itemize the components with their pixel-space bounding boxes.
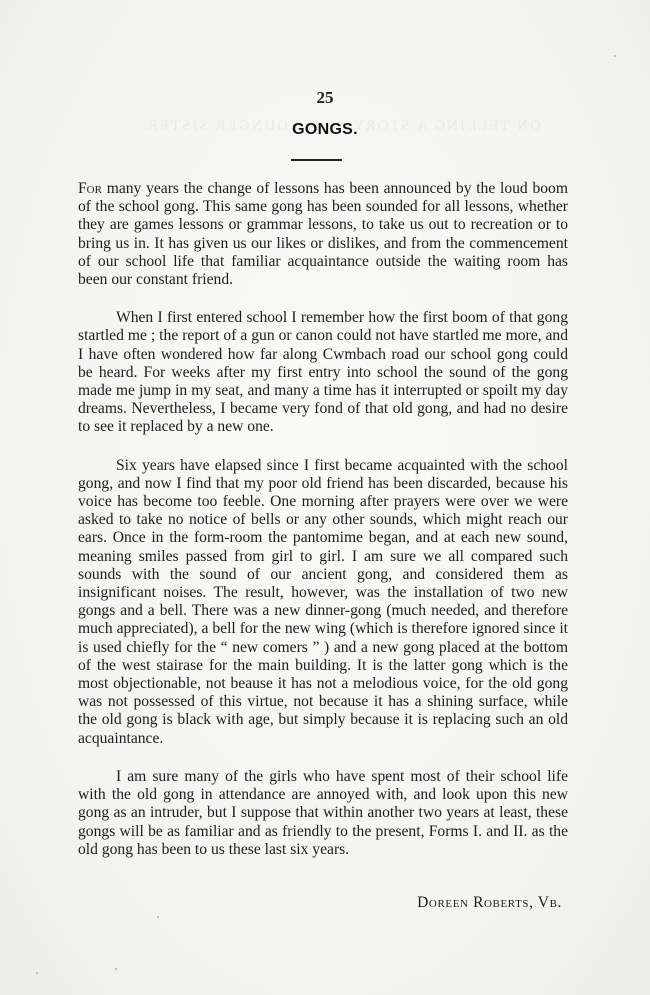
title-divider (291, 159, 342, 161)
article-title: GONGS. (0, 121, 650, 139)
paragraph-text: many years the change of lessons has bee… (78, 180, 568, 288)
paper-speck (36, 972, 38, 974)
paragraph-lead-word: For (78, 180, 102, 197)
paragraph-2: When I first entered school I remember h… (78, 309, 568, 436)
paper-speck (614, 55, 616, 57)
document-page: ON TELLING A STORY TO A YOUNGER SISTER. … (0, 0, 650, 995)
paragraph-3: Six years have elapsed since I first bec… (78, 457, 568, 748)
author-signature: Doreen Roberts, Vb. (417, 894, 562, 912)
paper-speck (115, 968, 117, 970)
paragraph-4: I am sure many of the girls who have spe… (78, 768, 568, 859)
paper-speck (157, 916, 159, 918)
article-body: For many years the change of lessons has… (78, 180, 568, 859)
page-number: 25 (0, 88, 650, 108)
paragraph-1: For many years the change of lessons has… (78, 180, 568, 289)
